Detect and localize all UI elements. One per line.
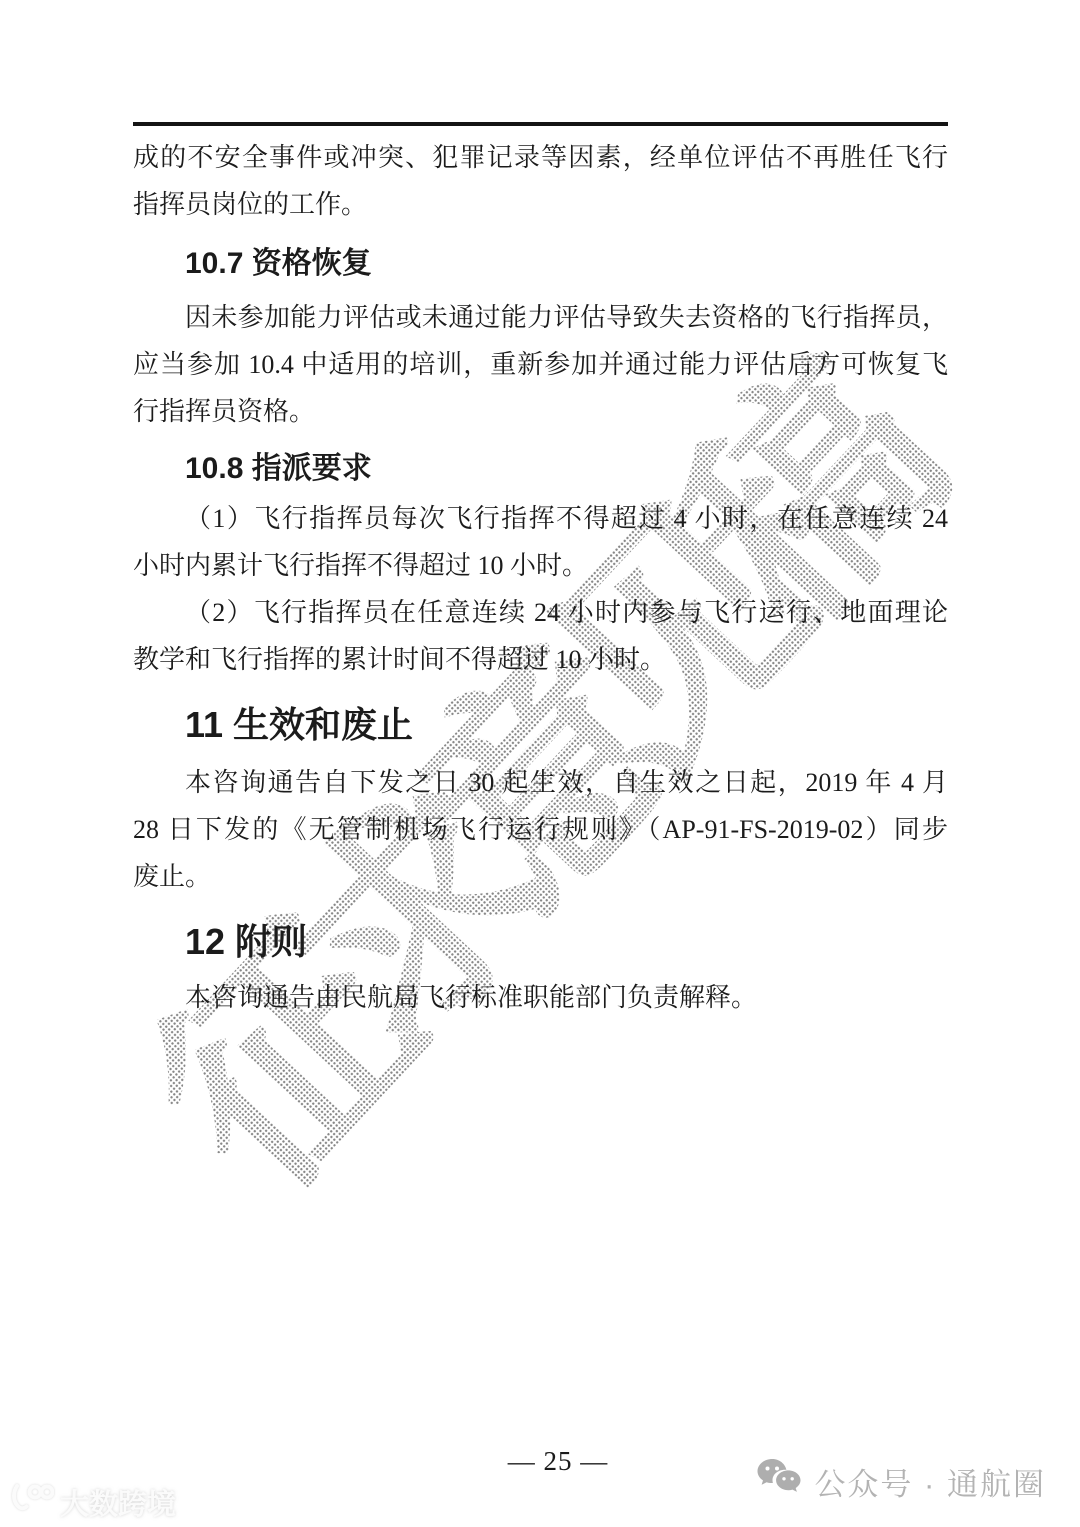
- section-heading-11: 11 生效和废止: [133, 699, 948, 751]
- body-line: 小时内累计飞行指挥不得超过 10 小时。: [133, 542, 948, 589]
- body-line: 因未参加能力评估或未通过能力评估导致失去资格的飞行指挥员，: [133, 294, 948, 341]
- body-line: 废止。: [133, 853, 948, 900]
- page-content: 成的不安全事件或冲突、犯罪记录等因素，经单位评估不再胜任飞行 指挥员岗位的工作。…: [133, 122, 948, 1021]
- body-line: 成的不安全事件或冲突、犯罪记录等因素，经单位评估不再胜任飞行: [133, 134, 948, 181]
- body-line: 应当参加 10.4 中适用的培训，重新参加并通过能力评估后方可恢复飞: [133, 341, 948, 388]
- dashu-brand-watermark: 大数跨境: [8, 1481, 176, 1523]
- dashu-brand-label: 大数跨境: [60, 1482, 176, 1523]
- body-line: 本咨询通告由民航局飞行标准职能部门负责解释。: [133, 974, 948, 1021]
- body-line: 行指挥员资格。: [133, 388, 948, 435]
- body-line: 28 日下发的《无管制机场飞行运行规则》（AP-91-FS-2019-02）同步: [133, 806, 948, 853]
- body-line: 本咨询通告自下发之日 30 起生效，自生效之日起，2019 年 4 月: [133, 759, 948, 806]
- section-heading-12: 12 附则: [133, 916, 948, 968]
- body-line: （1）飞行指挥员每次飞行指挥不得超过 4 小时，在任意连续 24: [133, 495, 948, 542]
- section-heading-10-7: 10.7 资格恢复: [133, 244, 948, 284]
- dashu-logo-icon: [8, 1481, 54, 1523]
- wechat-brand-label: 公众号 · 通航圈: [814, 1459, 1046, 1504]
- body-line: 指挥员岗位的工作。: [133, 181, 948, 228]
- wechat-icon: [756, 1458, 802, 1504]
- section-heading-10-8: 10.8 指派要求: [133, 449, 948, 489]
- document-page: 征求意见稿 成的不安全事件或冲突、犯罪记录等因素，经单位评估不再胜任飞行 指挥员…: [0, 0, 1080, 1527]
- body-line: 教学和飞行指挥的累计时间不得超过 10 小时。: [133, 636, 948, 683]
- header-rule: [133, 122, 948, 126]
- wechat-brand: 公众号 · 通航圈: [756, 1458, 1046, 1504]
- body-line: （2）飞行指挥员在任意连续 24 小时内参与飞行运行、地面理论: [133, 589, 948, 636]
